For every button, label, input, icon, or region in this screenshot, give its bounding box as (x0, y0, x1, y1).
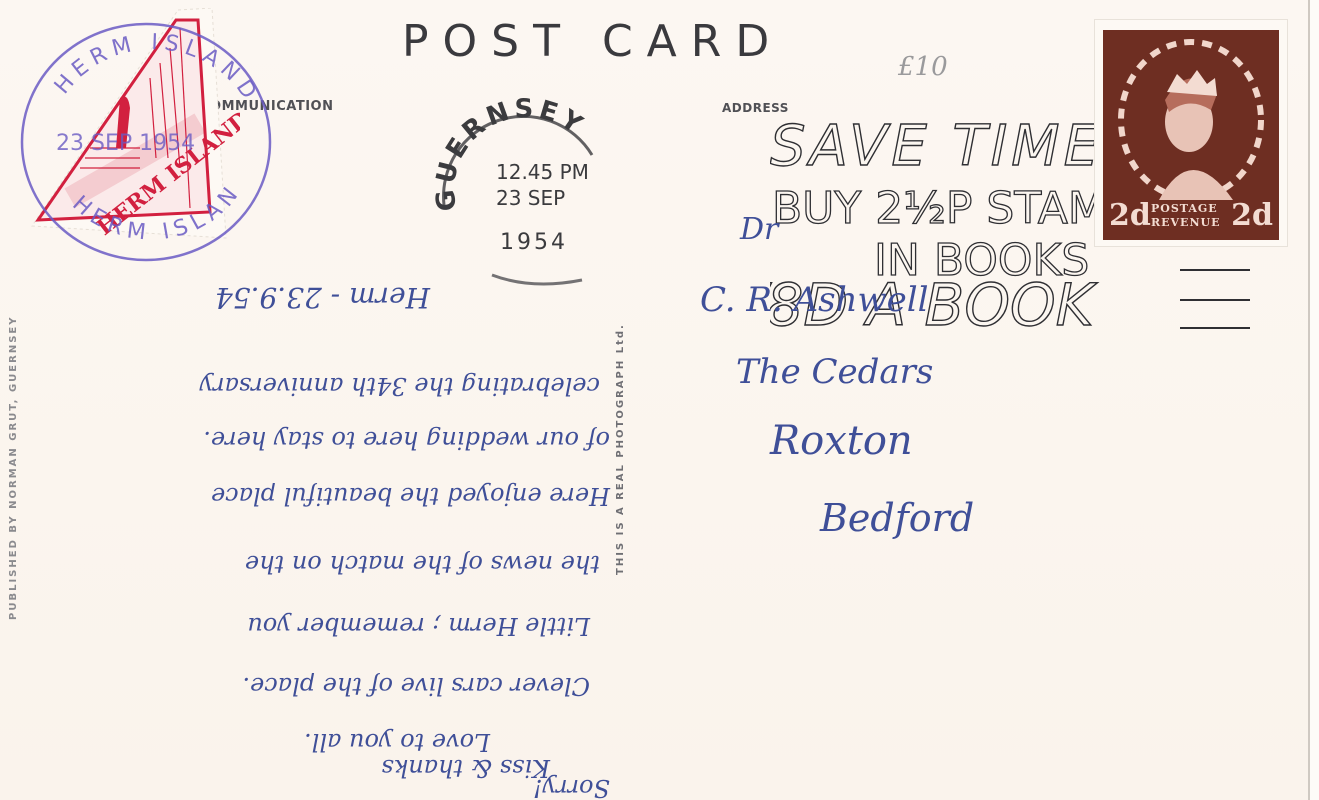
stamp-value-row: 2d POSTAGE REVENUE 2d (1103, 198, 1279, 234)
message-line: Love to you all. (304, 728, 490, 756)
stamp-postage-text: POSTAGE (1151, 202, 1218, 215)
stamp-value-right: 2d (1231, 198, 1273, 233)
stamp-frame: 2d POSTAGE REVENUE 2d (1103, 30, 1279, 240)
postcard-title: POST CARD (402, 16, 783, 67)
queen-portrait-icon (1103, 30, 1279, 200)
stamp-value-left: 2d (1109, 198, 1151, 233)
stamp-revenue-text: REVENUE (1151, 216, 1220, 229)
address-line-house: The Cedars (736, 352, 933, 392)
address-line-village: Roxton (770, 418, 913, 464)
address-line-name: C. R. Ashwell (700, 280, 929, 320)
message-line: Clever cars live of the place. (242, 672, 590, 700)
address-label: ADDRESS (722, 101, 789, 115)
address-line-title: Dr (740, 212, 778, 247)
pencil-price-note: £10 (898, 52, 948, 82)
message-date-line: Herm - 23.9.54 (215, 281, 430, 314)
message-line: of our wedding here to stay here. (203, 426, 610, 454)
message-line: Kiss & thanks (381, 754, 550, 782)
message-line: celebrating the 34th anniversary (200, 372, 600, 400)
real-photograph-notice: THIS IS A REAL PHOTOGRAPH Ltd. (615, 323, 626, 575)
background (1310, 0, 1319, 800)
message-line: Little Herm ; remember you (247, 612, 590, 640)
handwritten-message: Sorry! Kiss & thanks Love to you all. Cl… (0, 130, 610, 800)
message-line: the news of the match on the (245, 550, 600, 578)
address-line-town: Bedford (820, 496, 974, 540)
svg-text:SAVE TIME: SAVE TIME (770, 115, 1103, 179)
message-line: Here enjoyed the beautiful place (211, 482, 610, 510)
postage-stamp-2d: 2d POSTAGE REVENUE 2d (1095, 20, 1287, 246)
